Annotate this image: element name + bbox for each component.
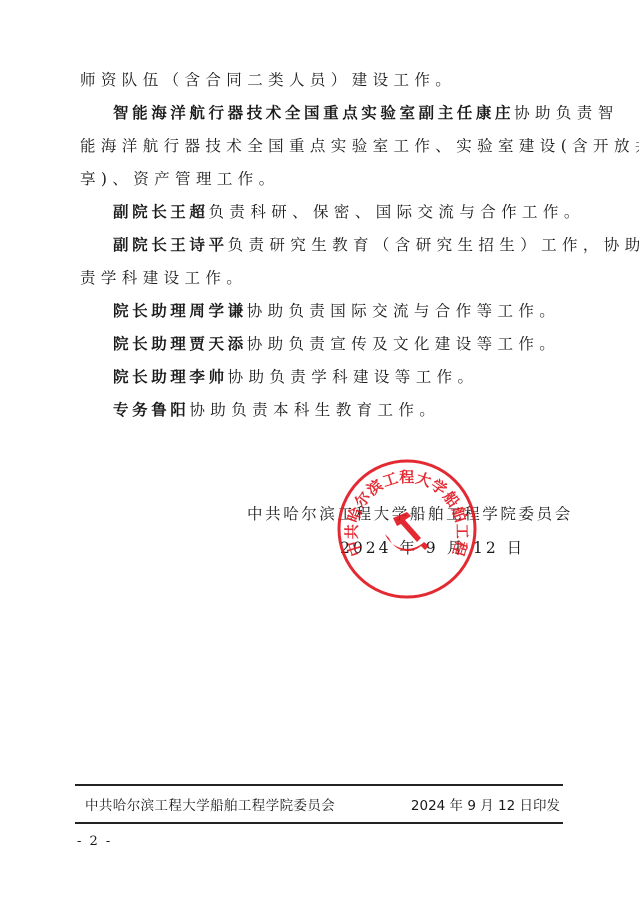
text-line-dean-assistant-jia: 院长助理贾天添协助负责宣传及文化建设等工作。 <box>80 328 562 361</box>
svg-text:中共哈尔滨工程大学船舶工程学院委员会: 中共哈尔滨工程大学船舶工程学院委员会 <box>336 458 471 559</box>
role-name: 院长助理李帅 <box>113 368 228 386</box>
text-line: 责学科建设工作。 <box>80 262 562 295</box>
role-name: 院长助理周学谦 <box>113 302 247 320</box>
text-line-dean-assistant-li: 院长助理李帅协助负责学科建设等工作。 <box>80 361 562 394</box>
text-line-dean-assistant-zhou: 院长助理周学谦协助负责国际交流与合作等工作。 <box>80 295 562 328</box>
text-line-lab-deputy-director: 智能海洋航行器技术全国重点实验室副主任康庄协助负责智 <box>80 97 562 130</box>
duty-text: 负责科研、保密、国际交流与合作工作。 <box>209 203 585 221</box>
text-line-special-officer-lu: 专务鲁阳协助负责本科生教育工作。 <box>80 394 562 427</box>
text-line: 师资队伍（含合同二类人员）建设工作。 <box>80 64 562 97</box>
text-line: 能海洋航行器技术全国重点实验室工作、实验室建设(含开放共 <box>80 130 562 163</box>
document-body: 师资队伍（含合同二类人员）建设工作。 智能海洋航行器技术全国重点实验室副主任康庄… <box>80 64 562 427</box>
role-name: 院长助理贾天添 <box>113 335 247 353</box>
page-number: - 2 - <box>77 834 112 849</box>
footer-issuer: 中共哈尔滨工程大学船舶工程学院委员会 <box>85 794 335 814</box>
role-name: 智能海洋航行器技术全国重点实验室副主任康庄 <box>113 104 514 122</box>
issuance-footer: 中共哈尔滨工程大学船舶工程学院委员会 2024 年 9 月 12 日印发 <box>75 784 563 824</box>
line-text: 能海洋航行器技术全国重点实验室工作、实验室建设(含开放共 <box>80 137 639 155</box>
seal-ring-text: 中共哈尔滨工程大学船舶工程学院委员会 <box>336 458 471 559</box>
duty-text: 协助负责国际交流与合作等工作。 <box>247 302 561 320</box>
text-line-vice-dean-wang-shiping: 副院长王诗平负责研究生教育（含研究生招生）工作，协助负 <box>80 229 562 262</box>
line-text: 师资队伍（含合同二类人员）建设工作。 <box>80 71 456 89</box>
line-text: 责学科建设工作。 <box>80 269 247 287</box>
text-line: 享)、资产管理工作。 <box>80 163 562 196</box>
duty-text: 协助负责宣传及文化建设等工作。 <box>247 335 561 353</box>
line-text: 享)、资产管理工作。 <box>80 170 280 188</box>
text-line-vice-dean-wang-chao: 副院长王超负责科研、保密、国际交流与合作工作。 <box>80 196 562 229</box>
duty-text: 协助负责智 <box>514 104 619 122</box>
role-name: 专务鲁阳 <box>113 401 189 419</box>
hammer-sickle-icon <box>385 512 429 551</box>
duty-text: 负责研究生教育（含研究生招生）工作，协助负 <box>228 236 639 254</box>
duty-text: 协助负责本科生教育工作。 <box>189 401 440 419</box>
footer-issue-date: 2024 年 9 月 12 日印发 <box>411 794 560 814</box>
signature-block: 中共哈尔滨工程大学船舶工程学院委员会 2024 年 9 月 12 日 <box>0 500 639 620</box>
duty-text: 协助负责学科建设等工作。 <box>228 368 479 386</box>
role-name: 副院长王诗平 <box>113 236 228 254</box>
document-page: 师资队伍（含合同二类人员）建设工作。 智能海洋航行器技术全国重点实验室副主任康庄… <box>0 0 639 905</box>
role-name: 副院长王超 <box>113 203 209 221</box>
official-seal-icon: 中共哈尔滨工程大学船舶工程学院委员会 <box>336 458 478 600</box>
